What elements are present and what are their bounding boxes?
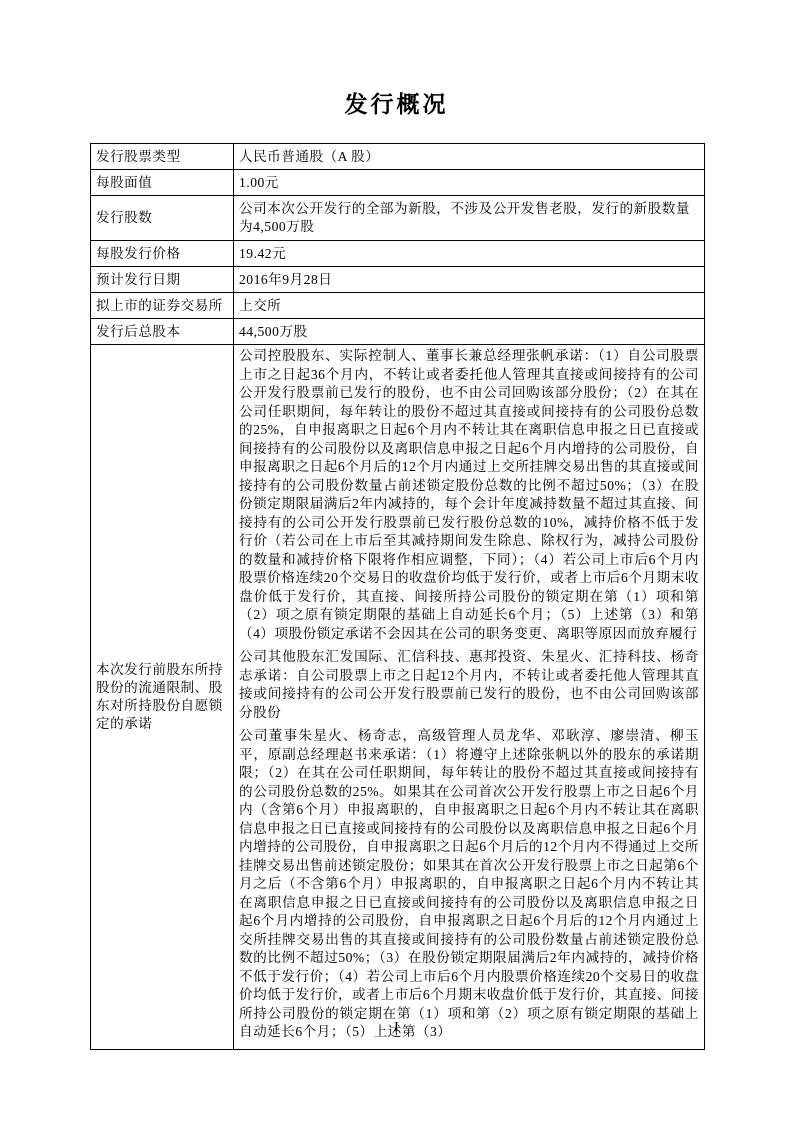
row-label: 每股面值 <box>91 170 234 196</box>
table-row: 预计发行日期 2016年9月28日 <box>91 267 705 293</box>
row-value: 人民币普通股（A 股） <box>234 144 705 170</box>
row-label: 预计发行日期 <box>91 267 234 293</box>
row-value: 2016年9月28日 <box>234 267 705 293</box>
commitment-paragraph: 公司董事朱星火、杨奇志，高级管理人员龙华、邓耿淳、廖崇清、柳玉平，原副总经理赵书… <box>239 727 699 1042</box>
row-value: 公司本次公开发行的全部为新股，不涉及公开发售老股，发行的新股数量为4,500万股 <box>234 196 705 241</box>
table-row: 拟上市的证券交易所 上交所 <box>91 293 705 319</box>
table-row: 发行股数 公司本次公开发行的全部为新股，不涉及公开发售老股，发行的新股数量为4,… <box>91 196 705 241</box>
page-number: I <box>0 1020 793 1036</box>
row-label: 发行后总股本 <box>91 319 234 345</box>
row-label: 拟上市的证券交易所 <box>91 293 234 319</box>
row-label: 发行股票类型 <box>91 144 234 170</box>
table-row: 发行后总股本 44,500万股 <box>91 319 705 345</box>
table-row-lockup-commitments: 本次发行前股东所持股份的流通限制、股东对所持股份自愿锁定的承诺 公司控股股东、实… <box>91 345 705 1050</box>
row-value: 44,500万股 <box>234 319 705 345</box>
document-page: 发行概况 发行股票类型 人民币普通股（A 股） 每股面值 1.00元 发行股数 … <box>0 0 793 1122</box>
row-value: 1.00元 <box>234 170 705 196</box>
page-title: 发行概况 <box>0 86 793 119</box>
table-row: 每股面值 1.00元 <box>91 170 705 196</box>
row-value: 上交所 <box>234 293 705 319</box>
table-row: 发行股票类型 人民币普通股（A 股） <box>91 144 705 170</box>
row-label: 每股发行价格 <box>91 241 234 267</box>
issuance-overview-table: 发行股票类型 人民币普通股（A 股） 每股面值 1.00元 发行股数 公司本次公… <box>90 143 705 1050</box>
table-row: 每股发行价格 19.42元 <box>91 241 705 267</box>
commitment-paragraph: 公司控股股东、实际控制人、董事长兼总经理张帆承诺：（1）自公司股票上市之日起36… <box>239 347 699 643</box>
row-label: 本次发行前股东所持股份的流通限制、股东对所持股份自愿锁定的承诺 <box>91 345 234 1050</box>
row-value: 19.42元 <box>234 241 705 267</box>
row-value: 公司控股股东、实际控制人、董事长兼总经理张帆承诺：（1）自公司股票上市之日起36… <box>234 345 705 1050</box>
commitment-paragraph: 公司其他股东汇发国际、汇信科技、惠邦投资、朱星火、汇持科技、杨奇志承诺：自公司股… <box>239 648 699 722</box>
row-label: 发行股数 <box>91 196 234 241</box>
